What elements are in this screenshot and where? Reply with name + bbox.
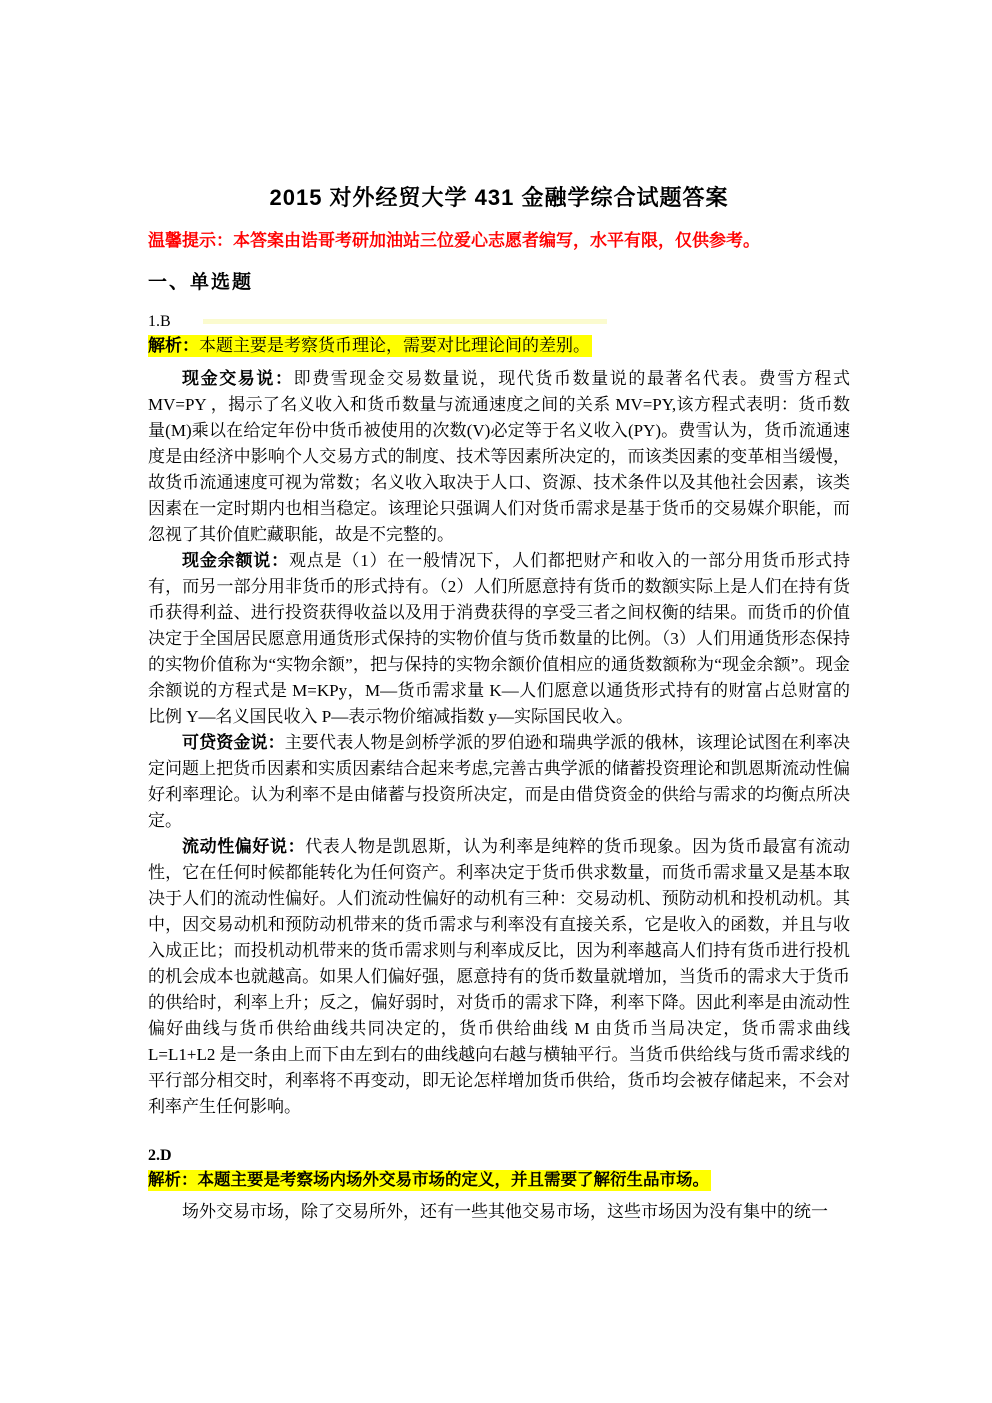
paragraph-liquidity-preference-theory: 流动性偏好说：代表人物是凯恩斯，认为利率是纯粹的货币现象。因为货币最富有流动性，… [148, 834, 850, 1120]
highlight-artifact-strip [203, 319, 607, 324]
answer-label-q1: 1.B [148, 313, 171, 330]
paragraph-lead: 现金交易说： [182, 369, 294, 388]
section-heading-single-choice: 一、单选题 [148, 270, 850, 296]
paragraph-lead: 流动性偏好说： [182, 837, 305, 856]
paragraph-loanable-funds-theory: 可贷资金说：主要代表人物是剑桥学派的罗伯逊和瑞典学派的俄林，该理论试图在利率决定… [148, 730, 850, 834]
paragraph-cash-transaction-theory: 现金交易说：即费雪现金交易数量说，现代货币数量说的最著名代表。费雪方程式 MV=… [148, 366, 850, 548]
analysis-label-q2: 解析： [148, 1171, 198, 1189]
analysis-text-q1: 本题主要是考察货币理论，需要对比理论间的差别。 [199, 336, 590, 355]
analysis-highlight-q2: 解析：本题主要是考察场内场外交易市场的定义，并且需要了解衍生品市场。 [148, 1170, 711, 1191]
document-title: 2015 对外经贸大学 431 金融学综合试题答案 [148, 183, 850, 213]
paragraph-body: 观点是（1）在一般情况下，人们都把财产和收入的一部分用货币形式持有，而另一部分用… [148, 551, 850, 726]
paragraph-otc-market: 场外交易市场，除了交易所外，还有一些其他交易市场，这些市场因为没有集中的统一 [148, 1199, 850, 1225]
analysis-text-q2: 本题主要是考察场内场外交易市场的定义，并且需要了解衍生品市场。 [198, 1171, 710, 1189]
paragraph-lead: 现金余额说： [182, 551, 289, 570]
answer-label-row-q1: 1.B [148, 312, 850, 332]
document-content: 2015 对外经贸大学 431 金融学综合试题答案 温馨提示：本答案由诰哥考研加… [148, 0, 850, 1225]
paragraph-body: 即费雪现金交易数量说，现代货币数量说的最著名代表。费雪方程式 MV=PY ，揭示… [148, 369, 850, 544]
answer-label-row-q2: 2.D [148, 1146, 850, 1166]
answer-label-q2: 2.D [148, 1147, 172, 1164]
analysis-line-q1: 解析：本题主要是考察货币理论，需要对比理论间的差别。 [148, 334, 850, 358]
analysis-highlight-q1: 解析：本题主要是考察货币理论，需要对比理论间的差别。 [148, 335, 592, 357]
document-page: 2015 对外经贸大学 431 金融学综合试题答案 温馨提示：本答案由诰哥考研加… [0, 0, 992, 1403]
analysis-line-q2: 解析：本题主要是考察场内场外交易市场的定义，并且需要了解衍生品市场。 [148, 1168, 850, 1192]
paragraph-lead: 可贷资金说： [182, 733, 285, 752]
paragraph-cash-balance-theory: 现金余额说：观点是（1）在一般情况下，人们都把财产和收入的一部分用货币形式持有，… [148, 548, 850, 730]
notice-text: 温馨提示：本答案由诰哥考研加油站三位爱心志愿者编写，水平有限，仅供参考。 [148, 229, 850, 253]
analysis-label-q1: 解析： [148, 336, 199, 355]
paragraph-body: 场外交易市场，除了交易所外，还有一些其他交易市场，这些市场因为没有集中的统一 [182, 1202, 828, 1221]
paragraph-body: 代表人物是凯恩斯，认为利率是纯粹的货币现象。因为货币最富有流动性，它在任何时候都… [148, 837, 850, 1116]
